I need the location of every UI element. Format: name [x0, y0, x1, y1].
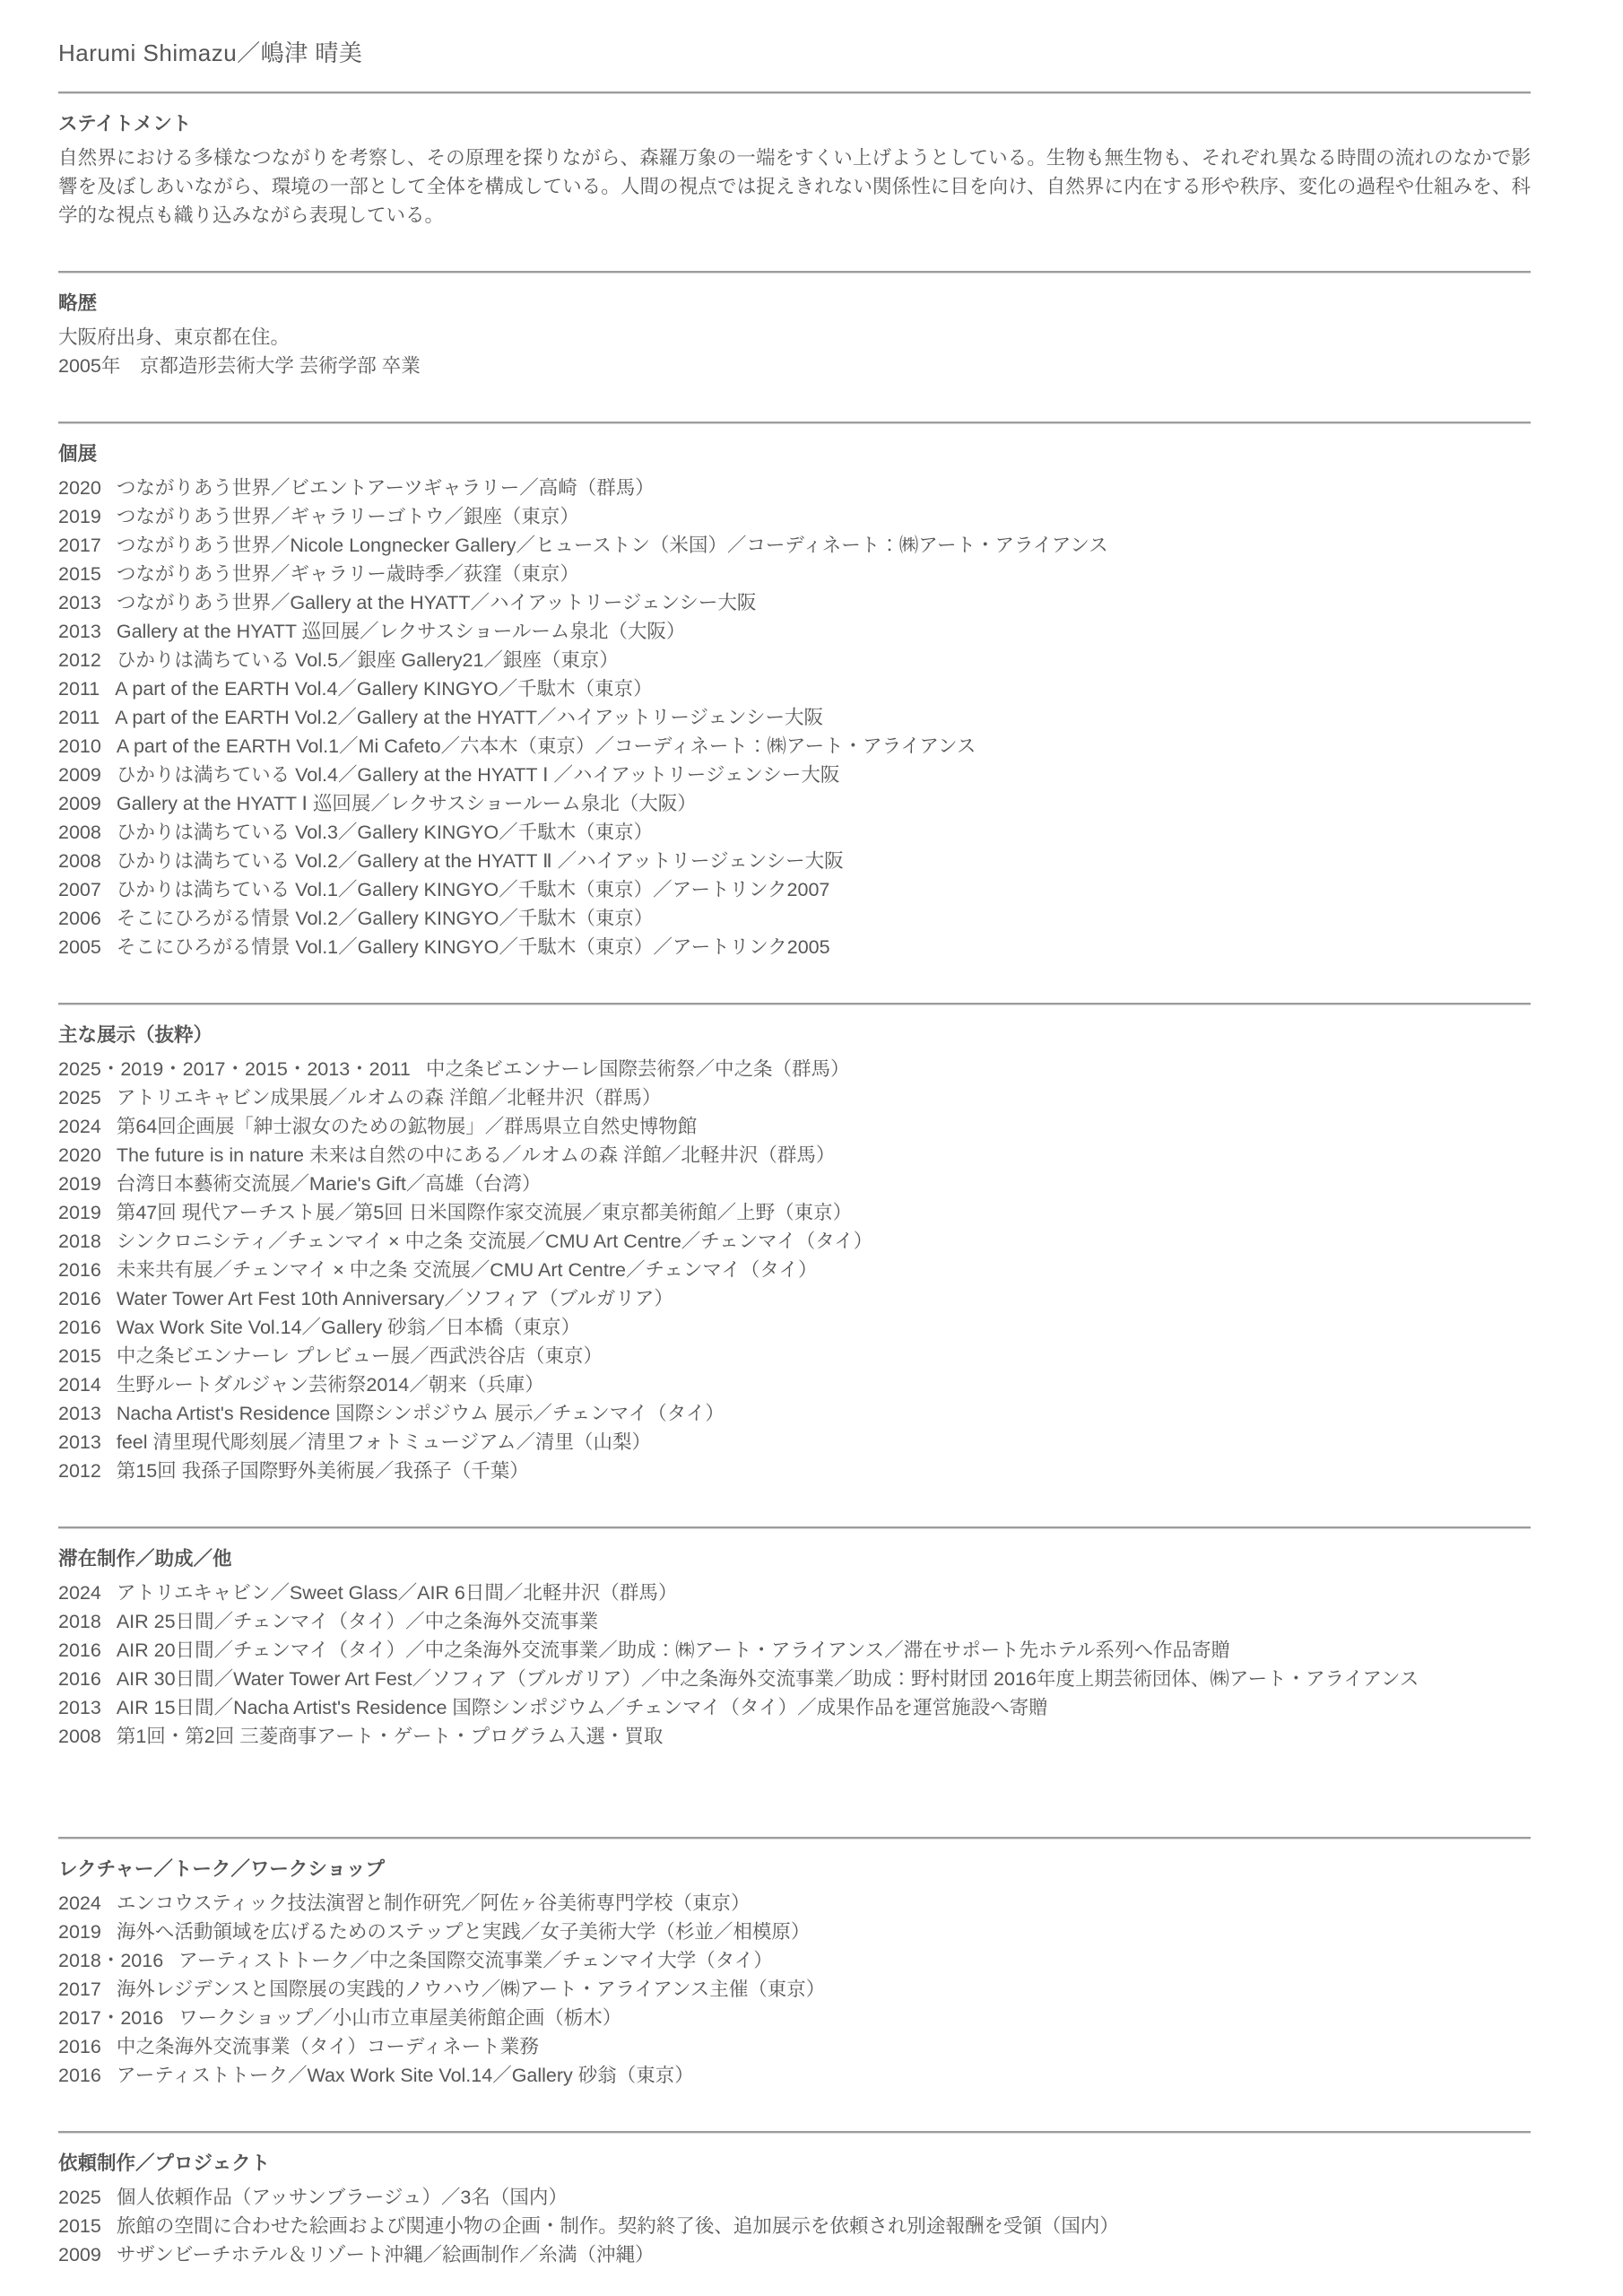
- row-text: Nacha Artist's Residence 国際シンポジウム 展示／チェン…: [117, 1399, 1531, 1428]
- exhibition-row: 2007 ひかりは満ちている Vol.1／Gallery KINGYO／千駄木（…: [58, 875, 1531, 904]
- exhibition-row: 2025・2019・2017・2015・2013・2011 中之条ビエンナーレ国…: [58, 1055, 1531, 1083]
- row-year: 2025: [58, 1083, 101, 1112]
- row-year: 2013: [58, 1399, 101, 1428]
- lecture-row: 2018・2016 アーティストトーク／中之条国際交流事業／チェンマイ大学（タイ…: [58, 1946, 1531, 1975]
- exhibition-row: 2010 A part of the EARTH Vol.1／Mi Cafeto…: [58, 732, 1531, 761]
- row-year: 2010: [58, 732, 101, 761]
- row-text: アーティストトーク／Wax Work Site Vol.14／Gallery 砂…: [117, 2061, 1531, 2090]
- exhibition-row: 2011 A part of the EARTH Vol.2／Gallery a…: [58, 703, 1531, 732]
- row-year: 2015: [58, 1342, 101, 1370]
- row-year: 2015: [58, 560, 101, 588]
- solo-exhibitions-section: 個展 2020 つながりあう世界／ビエントアーツギャラリー／高崎（群馬） 201…: [58, 440, 1531, 961]
- solo-exhibitions-title: 個展: [58, 440, 1531, 467]
- row-year: 2017: [58, 531, 101, 560]
- row-year: 2018・2016: [58, 1946, 163, 1975]
- exhibition-row: 2020 The future is in nature 未来は自然の中にある／…: [58, 1141, 1531, 1170]
- exhibition-row: 2015 つながりあう世界／ギャラリー歳時季／荻窪（東京）: [58, 560, 1531, 588]
- row-text: The future is in nature 未来は自然の中にある／ルオムの森…: [117, 1141, 1531, 1170]
- lectures-workshops-section: レクチャー／トーク／ワークショップ 2024 エンコウスティック技法演習と制作研…: [58, 1856, 1531, 2090]
- row-year: 2025: [58, 2183, 101, 2212]
- exhibition-row: 2006 そこにひろがる情景 Vol.2／Gallery KINGYO／千駄木（…: [58, 904, 1531, 933]
- exhibition-row: 2017 つながりあう世界／Nicole Longnecker Gallery／…: [58, 531, 1531, 560]
- row-text: サザンビーチホテル＆リゾート沖縄／絵画制作／糸満（沖縄）: [117, 2240, 1531, 2269]
- row-year: 2016: [58, 1636, 101, 1665]
- bio-line: 2005年 京都造形芸術大学 芸術学部 卒業: [58, 352, 1531, 380]
- lectures-workshops-list: 2024 エンコウスティック技法演習と制作研究／阿佐ヶ谷美術専門学校（東京） 2…: [58, 1889, 1531, 2090]
- row-year: 2007: [58, 875, 101, 904]
- residency-row: 2024 アトリエキャビン／Sweet Glass／AIR 6日間／北軽井沢（群…: [58, 1578, 1531, 1607]
- row-text: Wax Work Site Vol.14／Gallery 砂翁／日本橋（東京）: [117, 1313, 1531, 1342]
- row-text: Gallery at the HYATT Ⅰ 巡回展／レクサスショールーム泉北（…: [117, 789, 1531, 818]
- row-text: つながりあう世界／ギャラリー歳時季／荻窪（東京）: [117, 560, 1531, 588]
- section-divider: [58, 1003, 1531, 1005]
- row-year: 2008: [58, 1722, 101, 1751]
- row-text: 旅館の空間に合わせた絵画および関連小物の企画・制作。契約終了後、追加展示を依頼さ…: [117, 2212, 1531, 2240]
- bio-line: 大阪府出身、東京都在住。: [58, 323, 1531, 352]
- artist-name: Harumi Shimazu／嶋津 晴美: [58, 38, 1531, 68]
- row-year: 2009: [58, 761, 101, 789]
- lecture-row: 2017・2016 ワークショップ／小山市立車屋美術館企画（栃木）: [58, 2004, 1531, 2032]
- row-year: 2011: [58, 674, 100, 703]
- exhibition-row: 2011 A part of the EARTH Vol.4／Gallery K…: [58, 674, 1531, 703]
- row-year: 2011: [58, 703, 100, 732]
- commission-row: 2015 旅館の空間に合わせた絵画および関連小物の企画・制作。契約終了後、追加展…: [58, 2212, 1531, 2240]
- exhibition-row: 2019 第47回 現代アーチスト展／第5回 日米国際作家交流展／東京都美術館／…: [58, 1198, 1531, 1227]
- row-year: 2016: [58, 1665, 101, 1693]
- row-year: 2006: [58, 904, 101, 933]
- commission-row: 2025 個人依頼作品（アッサンブラージュ）／3名（国内）: [58, 2183, 1531, 2212]
- row-year: 2019: [58, 502, 101, 531]
- lectures-workshops-title: レクチャー／トーク／ワークショップ: [58, 1856, 1531, 1883]
- row-year: 2016: [58, 1284, 101, 1313]
- residency-grants-section: 滞在制作／助成／他 2024 アトリエキャビン／Sweet Glass／AIR …: [58, 1545, 1531, 1751]
- solo-exhibitions-list: 2020 つながりあう世界／ビエントアーツギャラリー／高崎（群馬） 2019 つ…: [58, 474, 1531, 961]
- exhibition-row: 2016 Water Tower Art Fest 10th Anniversa…: [58, 1284, 1531, 1313]
- row-year: 2019: [58, 1170, 101, 1198]
- bio-section-title: 略歴: [58, 290, 1531, 317]
- exhibition-row: 2016 Wax Work Site Vol.14／Gallery 砂翁／日本橋…: [58, 1313, 1531, 1342]
- row-text: つながりあう世界／ギャラリーゴトウ／銀座（東京）: [117, 502, 1531, 531]
- row-year: 2016: [58, 1313, 101, 1342]
- row-year: 2017: [58, 1975, 101, 2004]
- row-year: 2015: [58, 2212, 101, 2240]
- row-year: 2013: [58, 1693, 101, 1722]
- row-text: Gallery at the HYATT 巡回展／レクサスショールーム泉北（大阪…: [117, 617, 1531, 646]
- section-divider: [58, 91, 1531, 94]
- bio-section: 略歴 大阪府出身、東京都在住。 2005年 京都造形芸術大学 芸術学部 卒業: [58, 290, 1531, 380]
- row-year: 2016: [58, 1256, 101, 1284]
- row-text: つながりあう世界／Gallery at the HYATT／ハイアットリージェン…: [117, 588, 1531, 617]
- exhibition-row: 2008 ひかりは満ちている Vol.2／Gallery at the HYAT…: [58, 847, 1531, 875]
- exhibition-row: 2013 feel 清里現代彫刻展／清里フォトミュージアム／清里（山梨）: [58, 1428, 1531, 1457]
- exhibition-row: 2013 Gallery at the HYATT 巡回展／レクサスショールーム…: [58, 617, 1531, 646]
- row-year: 2024: [58, 1578, 101, 1607]
- exhibition-row: 2012 第15回 我孫子国際野外美術展／我孫子（千葉）: [58, 1457, 1531, 1485]
- exhibition-row: 2014 生野ルートダルジャン芸術祭2014／朝来（兵庫）: [58, 1370, 1531, 1399]
- row-year: 2008: [58, 847, 101, 875]
- commissions-projects-list: 2025 個人依頼作品（アッサンブラージュ）／3名（国内） 2015 旅館の空間…: [58, 2183, 1531, 2269]
- row-year: 2008: [58, 818, 101, 847]
- row-text: 第64回企画展「紳士淑女のための鉱物展」／群馬県立自然史博物館: [117, 1112, 1531, 1141]
- row-text: Water Tower Art Fest 10th Anniversary／ソフ…: [117, 1284, 1531, 1313]
- lecture-row: 2024 エンコウスティック技法演習と制作研究／阿佐ヶ谷美術専門学校（東京）: [58, 1889, 1531, 1918]
- lecture-row: 2016 中之条海外交流事業（タイ）コーディネート業務: [58, 2032, 1531, 2061]
- row-year: 2017・2016: [58, 2004, 163, 2032]
- section-divider: [58, 1837, 1531, 1839]
- section-divider: [58, 422, 1531, 424]
- exhibition-row: 2025 アトリエキャビン成果展／ルオムの森 洋館／北軽井沢（群馬）: [58, 1083, 1531, 1112]
- row-year: 2009: [58, 789, 101, 818]
- section-divider: [58, 271, 1531, 274]
- row-text: ひかりは満ちている Vol.3／Gallery KINGYO／千駄木（東京）: [117, 818, 1531, 847]
- row-year: 2009: [58, 2240, 101, 2269]
- residency-row: 2008 第1回・第2回 三菱商事アート・ゲート・プログラム入選・買取: [58, 1722, 1531, 1751]
- row-year: 2020: [58, 474, 101, 502]
- row-text: アトリエキャビン成果展／ルオムの森 洋館／北軽井沢（群馬）: [117, 1083, 1531, 1112]
- row-year: 2013: [58, 617, 101, 646]
- lecture-row: 2016 アーティストトーク／Wax Work Site Vol.14／Gall…: [58, 2061, 1531, 2090]
- statement-body: 自然界における多様なつながりを考察し、その原理を探りながら、森羅万象の一端をすく…: [58, 143, 1531, 230]
- exhibition-row: 2018 シンクロニシティ／チェンマイ × 中之条 交流展／CMU Art Ce…: [58, 1227, 1531, 1256]
- commissions-projects-section: 依頼制作／プロジェクト 2025 個人依頼作品（アッサンブラージュ）／3名（国内…: [58, 2150, 1531, 2269]
- exhibition-row: 2019 つながりあう世界／ギャラリーゴトウ／銀座（東京）: [58, 502, 1531, 531]
- group-exhibitions-title: 主な展示（抜粋）: [58, 1022, 1531, 1048]
- row-text: ひかりは満ちている Vol.2／Gallery at the HYATT Ⅱ ／…: [117, 847, 1531, 875]
- row-text: AIR 15日間／Nacha Artist's Residence 国際シンポジ…: [117, 1693, 1531, 1722]
- row-text: 第47回 現代アーチスト展／第5回 日米国際作家交流展／東京都美術館／上野（東京…: [117, 1198, 1531, 1227]
- row-text: ひかりは満ちている Vol.4／Gallery at the HYATT Ⅰ ／…: [117, 761, 1531, 789]
- row-year: 2024: [58, 1112, 101, 1141]
- residency-row: 2013 AIR 15日間／Nacha Artist's Residence 国…: [58, 1693, 1531, 1722]
- row-year: 2016: [58, 2032, 101, 2061]
- row-text: そこにひろがる情景 Vol.2／Gallery KINGYO／千駄木（東京）: [117, 904, 1531, 933]
- row-text: つながりあう世界／ビエントアーツギャラリー／高崎（群馬）: [117, 474, 1531, 502]
- section-divider: [58, 2131, 1531, 2134]
- exhibition-row: 2012 ひかりは満ちている Vol.5／銀座 Gallery21／銀座（東京）: [58, 646, 1531, 674]
- group-exhibitions-list: 2025・2019・2017・2015・2013・2011 中之条ビエンナーレ国…: [58, 1055, 1531, 1485]
- lecture-row: 2017 海外レジデンスと国際展の実践的ノウハウ／㈱アート・アライアンス主催（東…: [58, 1975, 1531, 2004]
- row-text: A part of the EARTH Vol.4／Gallery KINGYO…: [115, 674, 1531, 703]
- exhibition-row: 2019 台湾日本藝術交流展／Marie's Gift／高雄（台湾）: [58, 1170, 1531, 1198]
- row-text: シンクロニシティ／チェンマイ × 中之条 交流展／CMU Art Centre／…: [117, 1227, 1531, 1256]
- row-text: 中之条ビエンナーレ国際芸術祭／中之条（群馬）: [426, 1055, 1531, 1083]
- exhibition-row: 2013 つながりあう世界／Gallery at the HYATT／ハイアット…: [58, 588, 1531, 617]
- row-year: 2020: [58, 1141, 101, 1170]
- row-text: feel 清里現代彫刻展／清里フォトミュージアム／清里（山梨）: [117, 1428, 1531, 1457]
- row-text: そこにひろがる情景 Vol.1／Gallery KINGYO／千駄木（東京）／ア…: [117, 933, 1531, 961]
- section-divider: [58, 1526, 1531, 1529]
- row-text: 中之条海外交流事業（タイ）コーディネート業務: [117, 2032, 1531, 2061]
- exhibition-row: 2013 Nacha Artist's Residence 国際シンポジウム 展…: [58, 1399, 1531, 1428]
- exhibition-row: 2005 そこにひろがる情景 Vol.1／Gallery KINGYO／千駄木（…: [58, 933, 1531, 961]
- row-year: 2019: [58, 1198, 101, 1227]
- row-text: つながりあう世界／Nicole Longnecker Gallery／ヒュースト…: [117, 531, 1531, 560]
- commission-row: 2009 サザンビーチホテル＆リゾート沖縄／絵画制作／糸満（沖縄）: [58, 2240, 1531, 2269]
- row-text: 台湾日本藝術交流展／Marie's Gift／高雄（台湾）: [117, 1170, 1531, 1198]
- row-year: 2018: [58, 1607, 101, 1636]
- row-year: 2025・2019・2017・2015・2013・2011: [58, 1055, 411, 1083]
- row-text: エンコウスティック技法演習と制作研究／阿佐ヶ谷美術専門学校（東京）: [117, 1889, 1531, 1918]
- row-text: アーティストトーク／中之条国際交流事業／チェンマイ大学（タイ）: [178, 1946, 1531, 1975]
- row-year: 2024: [58, 1889, 101, 1918]
- row-year: 2012: [58, 1457, 101, 1485]
- group-exhibitions-section: 主な展示（抜粋） 2025・2019・2017・2015・2013・2011 中…: [58, 1022, 1531, 1485]
- row-year: 2012: [58, 646, 101, 674]
- row-text: 未来共有展／チェンマイ × 中之条 交流展／CMU Art Centre／チェン…: [117, 1256, 1531, 1284]
- row-year: 2019: [58, 1918, 101, 1946]
- row-text: ひかりは満ちている Vol.1／Gallery KINGYO／千駄木（東京）／ア…: [117, 875, 1531, 904]
- exhibition-row: 2009 ひかりは満ちている Vol.4／Gallery at the HYAT…: [58, 761, 1531, 789]
- row-text: 海外へ活動領域を広げるためのステップと実践／女子美術大学（杉並／相模原）: [117, 1918, 1531, 1946]
- row-year: 2018: [58, 1227, 101, 1256]
- residency-grants-title: 滞在制作／助成／他: [58, 1545, 1531, 1572]
- row-year: 2016: [58, 2061, 101, 2090]
- row-year: 2014: [58, 1370, 101, 1399]
- row-text: ひかりは満ちている Vol.5／銀座 Gallery21／銀座（東京）: [117, 646, 1531, 674]
- row-text: A part of the EARTH Vol.2／Gallery at the…: [115, 703, 1531, 732]
- row-text: 中之条ビエンナーレ プレビュー展／西武渋谷店（東京）: [117, 1342, 1531, 1370]
- exhibition-row: 2020 つながりあう世界／ビエントアーツギャラリー／高崎（群馬）: [58, 474, 1531, 502]
- row-text: 海外レジデンスと国際展の実践的ノウハウ／㈱アート・アライアンス主催（東京）: [117, 1975, 1531, 2004]
- residency-row: 2018 AIR 25日間／チェンマイ（タイ）／中之条海外交流事業: [58, 1607, 1531, 1636]
- row-text: 生野ルートダルジャン芸術祭2014／朝来（兵庫）: [117, 1370, 1531, 1399]
- row-text: アトリエキャビン／Sweet Glass／AIR 6日間／北軽井沢（群馬）: [117, 1578, 1531, 1607]
- row-year: 2005: [58, 933, 101, 961]
- residency-row: 2016 AIR 30日間／Water Tower Art Fest／ソフィア（…: [58, 1665, 1531, 1693]
- lecture-row: 2019 海外へ活動領域を広げるためのステップと実践／女子美術大学（杉並／相模原…: [58, 1918, 1531, 1946]
- row-text: AIR 30日間／Water Tower Art Fest／ソフィア（ブルガリア…: [117, 1665, 1531, 1693]
- residency-row: 2016 AIR 20日間／チェンマイ（タイ）／中之条海外交流事業／助成：㈱アー…: [58, 1636, 1531, 1665]
- statement-section-title: ステイトメント: [58, 110, 1531, 137]
- exhibition-row: 2009 Gallery at the HYATT Ⅰ 巡回展／レクサスショール…: [58, 789, 1531, 818]
- row-text: 第15回 我孫子国際野外美術展／我孫子（千葉）: [117, 1457, 1531, 1485]
- row-text: AIR 20日間／チェンマイ（タイ）／中之条海外交流事業／助成：㈱アート・アライ…: [117, 1636, 1531, 1665]
- row-text: AIR 25日間／チェンマイ（タイ）／中之条海外交流事業: [117, 1607, 1531, 1636]
- statement-section: ステイトメント 自然界における多様なつながりを考察し、その原理を探りながら、森羅…: [58, 110, 1531, 230]
- exhibition-row: 2024 第64回企画展「紳士淑女のための鉱物展」／群馬県立自然史博物館: [58, 1112, 1531, 1141]
- row-text: A part of the EARTH Vol.1／Mi Cafeto／六本木（…: [117, 732, 1531, 761]
- exhibition-row: 2015 中之条ビエンナーレ プレビュー展／西武渋谷店（東京）: [58, 1342, 1531, 1370]
- residency-grants-list: 2024 アトリエキャビン／Sweet Glass／AIR 6日間／北軽井沢（群…: [58, 1578, 1531, 1751]
- row-year: 2013: [58, 1428, 101, 1457]
- exhibition-row: 2008 ひかりは満ちている Vol.3／Gallery KINGYO／千駄木（…: [58, 818, 1531, 847]
- row-text: ワークショップ／小山市立車屋美術館企画（栃木）: [178, 2004, 1531, 2032]
- exhibition-row: 2016 未来共有展／チェンマイ × 中之条 交流展／CMU Art Centr…: [58, 1256, 1531, 1284]
- bio-lines: 大阪府出身、東京都在住。 2005年 京都造形芸術大学 芸術学部 卒業: [58, 323, 1531, 380]
- row-text: 第1回・第2回 三菱商事アート・ゲート・プログラム入選・買取: [117, 1722, 1531, 1751]
- commissions-projects-title: 依頼制作／プロジェクト: [58, 2150, 1531, 2177]
- row-text: 個人依頼作品（アッサンブラージュ）／3名（国内）: [117, 2183, 1531, 2212]
- cv-page: Harumi Shimazu／嶋津 晴美 ステイトメント 自然界における多様なつ…: [0, 0, 1623, 2269]
- row-year: 2013: [58, 588, 101, 617]
